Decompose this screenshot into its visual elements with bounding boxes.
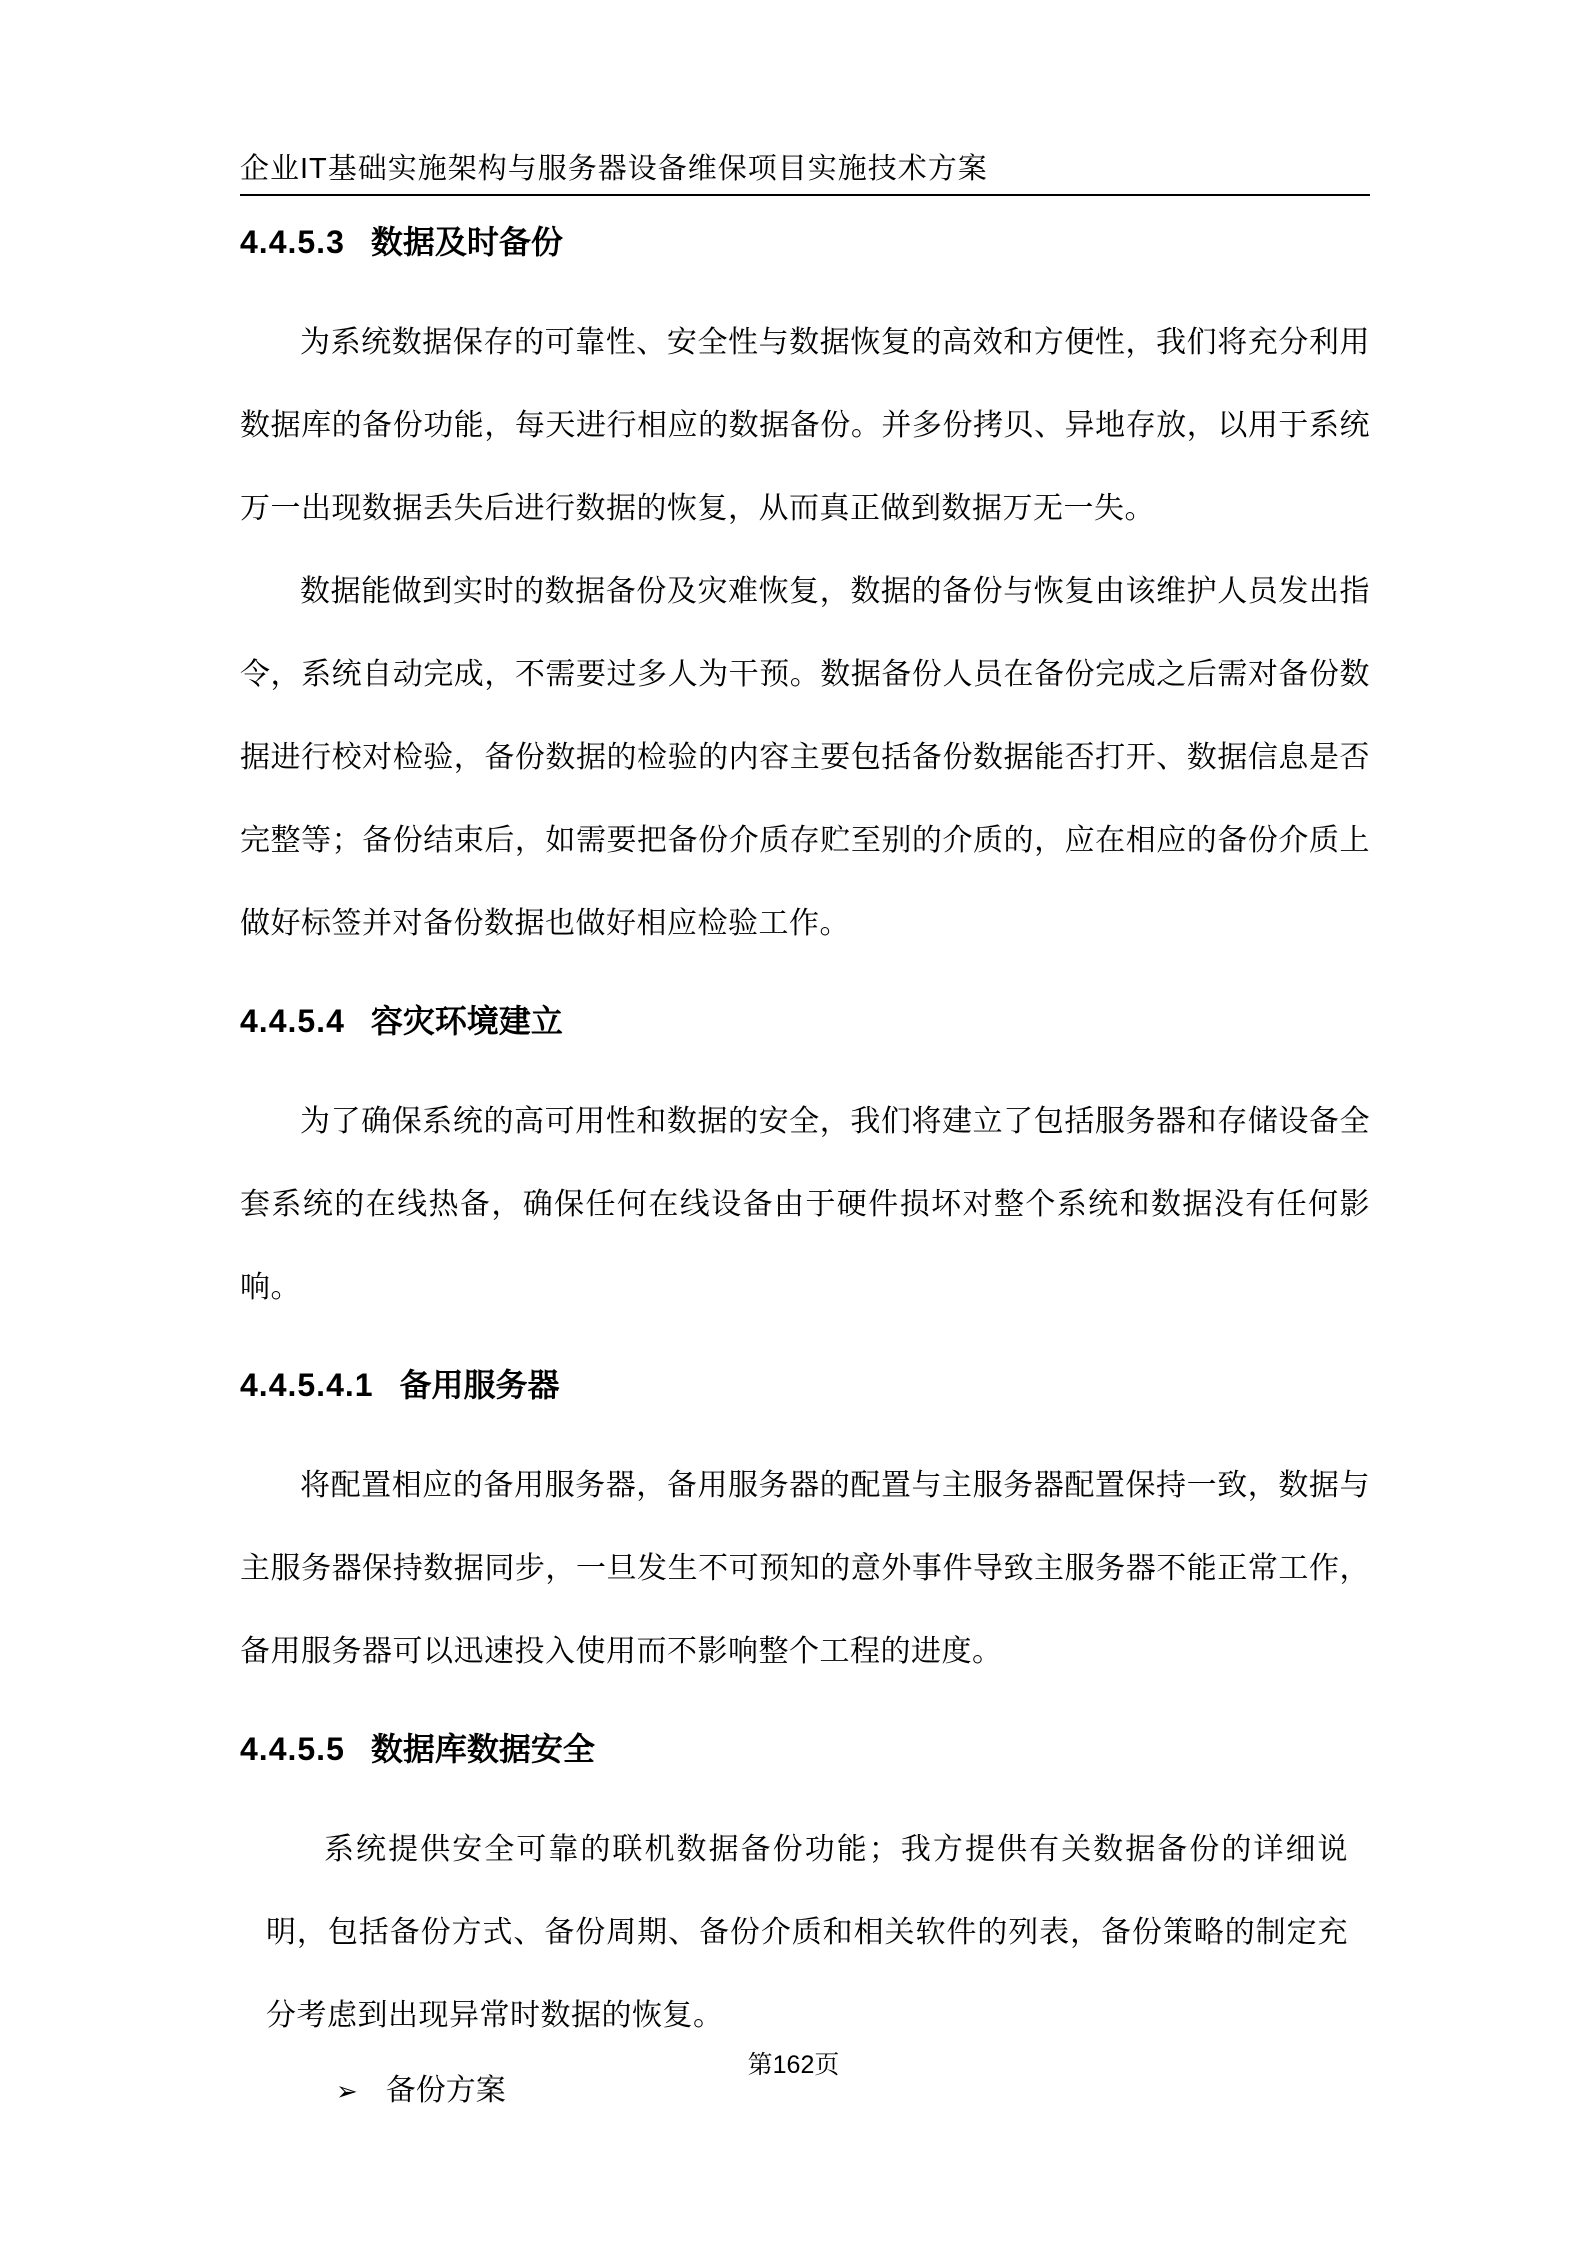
section-heading-4-4-5-4: 4.4.5.4容灾环境建立: [240, 1000, 1370, 1042]
section-title: 备用服务器: [400, 1367, 560, 1403]
document-page: 企业IT基础实施架构与服务器设备维保项目实施技术方案 4.4.5.3数据及时备份…: [0, 0, 1587, 2245]
section-heading-4-4-5-5: 4.4.5.5数据库数据安全: [240, 1728, 1370, 1770]
section-heading-4-4-5-4-1: 4.4.5.4.1备用服务器: [240, 1364, 1370, 1406]
paragraph-disaster-recovery: 为了确保系统的高可用性和数据的安全，我们将建立了包括服务器和存储设备全套系统的在…: [240, 1080, 1370, 1329]
section-number: 4.4.5.3: [240, 221, 345, 263]
section-number: 4.4.5.4.1: [240, 1364, 374, 1406]
section-number: 4.4.5.4: [240, 1000, 345, 1042]
section-heading-4-4-5-3: 4.4.5.3数据及时备份: [240, 221, 1370, 263]
section-number: 4.4.5.5: [240, 1728, 345, 1770]
header-title: 企业IT基础实施架构与服务器设备维保项目实施技术方案: [240, 153, 988, 185]
section-title: 容灾环境建立: [371, 1003, 563, 1039]
paragraph-backup-reliability: 为系统数据保存的可靠性、安全性与数据恢复的高效和方便性，我们将充分利用数据库的备…: [240, 301, 1370, 550]
page-header: 企业IT基础实施架构与服务器设备维保项目实施技术方案: [240, 150, 1370, 196]
page-footer: 第162页: [0, 2048, 1587, 2082]
page-number: 第162页: [748, 2051, 840, 2079]
paragraph-standby-server: 将配置相应的备用服务器，备用服务器的配置与主服务器配置保持一致，数据与主服务器保…: [240, 1444, 1370, 1693]
paragraph-database-security: 系统提供安全可靠的联机数据备份功能；我方提供有关数据备份的详细说明，包括备份方式…: [266, 1808, 1348, 2057]
section-title: 数据库数据安全: [371, 1731, 595, 1767]
section-title: 数据及时备份: [371, 224, 563, 260]
paragraph-backup-verification: 数据能做到实时的数据备份及灾难恢复，数据的备份与恢复由该维护人员发出指令，系统自…: [240, 550, 1370, 965]
